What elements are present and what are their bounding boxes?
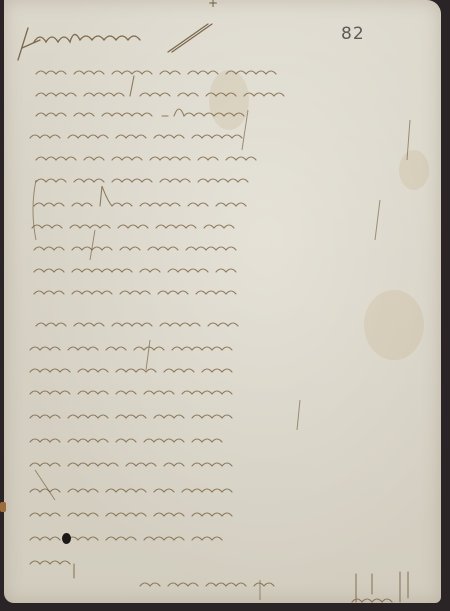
ink-blot (62, 533, 71, 544)
handwriting-lines (0, 0, 450, 611)
edge-tab (0, 502, 6, 512)
